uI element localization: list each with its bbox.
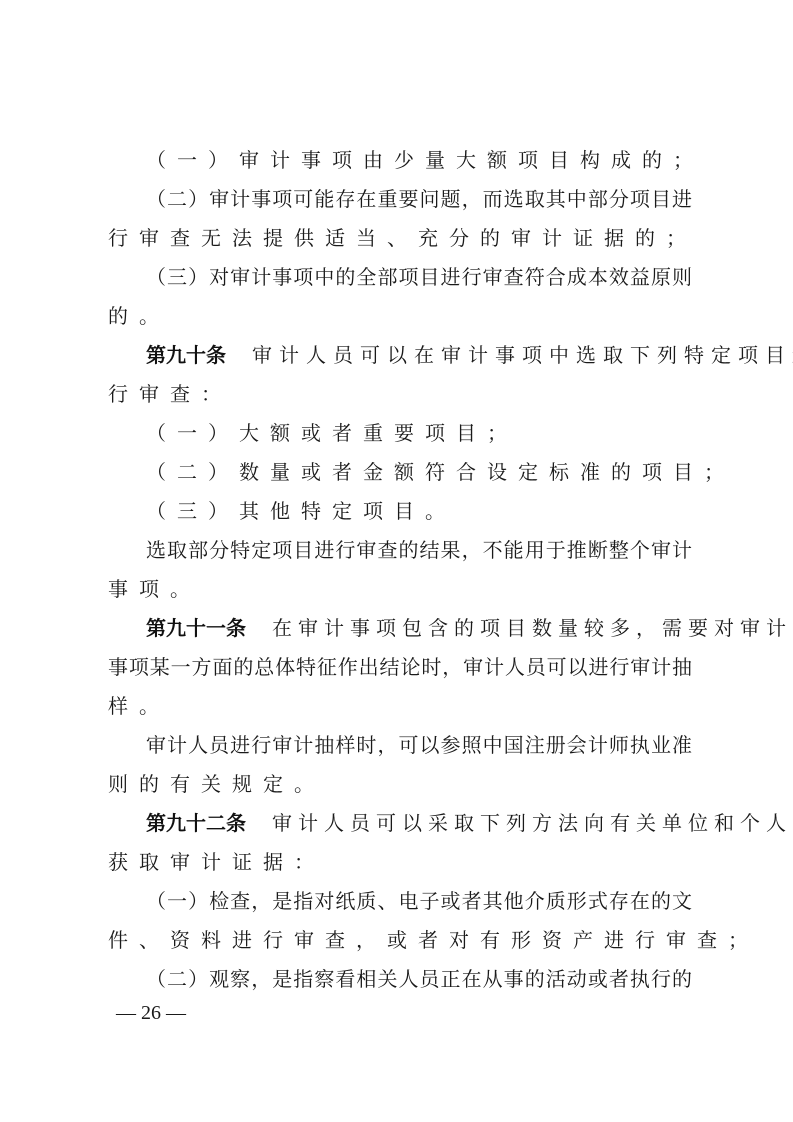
- article-91-paragraph: 第九十一条在审计事项包含的项目数量较多，需要对审计: [146, 611, 692, 645]
- article-90-line2: 行审查：: [108, 377, 692, 411]
- article-90-paragraph: 第九十条审计人员可以在审计事项中选取下列特定项目进: [146, 338, 692, 372]
- article-92-line2: 获取审计证据：: [108, 845, 692, 879]
- article-90-item-3: （三）其他特定项目。: [146, 494, 692, 528]
- article-92-line1: 审计人员可以采取下列方法向有关单位和个人: [272, 811, 792, 835]
- article-91-line1: 在审计事项包含的项目数量较多，需要对审计: [272, 616, 792, 640]
- list-item-2-line2: 行审查无法提供适当、充分的审计证据的；: [108, 221, 692, 255]
- article-90-note-line2: 事项。: [108, 572, 692, 606]
- page-number: — 26 —: [116, 1002, 186, 1025]
- article-91-para2-line2: 则的有关规定。: [108, 767, 692, 801]
- article-90-note-line1: 选取部分特定项目进行审查的结果，不能用于推断整个审计: [146, 533, 692, 567]
- article-92-item2-line1: （二）观察，是指察看相关人员正在从事的活动或者执行的: [146, 962, 692, 996]
- article-90-line1: 审计人员可以在审计事项中选取下列特定项目进: [252, 343, 793, 367]
- article-91-para2-line1: 审计人员进行审计抽样时，可以参照中国注册会计师执业准: [146, 728, 692, 762]
- article-91-line3: 样。: [108, 689, 692, 723]
- article-90-item-1: （一）大额或者重要项目；: [146, 416, 692, 450]
- article-91-number: 第九十一条: [146, 616, 246, 640]
- article-91-line2: 事项某一方面的总体特征作出结论时，审计人员可以进行审计抽: [108, 650, 692, 684]
- article-92-item1-line1: （一）检查，是指对纸质、电子或者其他介质形式存在的文: [146, 884, 692, 918]
- document-page: （一）审计事项由少量大额项目构成的； （二）审计事项可能存在重要问题，而选取其中…: [0, 0, 793, 1122]
- list-item-2-line1: （二）审计事项可能存在重要问题，而选取其中部分项目进: [146, 182, 692, 216]
- list-item-1: （一）审计事项由少量大额项目构成的；: [146, 143, 692, 177]
- article-92-item1-line2: 件、资料进行审查，或者对有形资产进行审查；: [108, 923, 692, 957]
- article-90-number: 第九十条: [146, 343, 226, 367]
- list-item-3-line1: （三）对审计事项中的全部项目进行审查符合成本效益原则: [146, 260, 692, 294]
- article-92-number: 第九十二条: [146, 811, 246, 835]
- list-item-3-line2: 的。: [108, 299, 692, 333]
- article-90-item-2: （二）数量或者金额符合设定标准的项目；: [146, 455, 692, 489]
- article-92-paragraph: 第九十二条审计人员可以采取下列方法向有关单位和个人: [146, 806, 692, 840]
